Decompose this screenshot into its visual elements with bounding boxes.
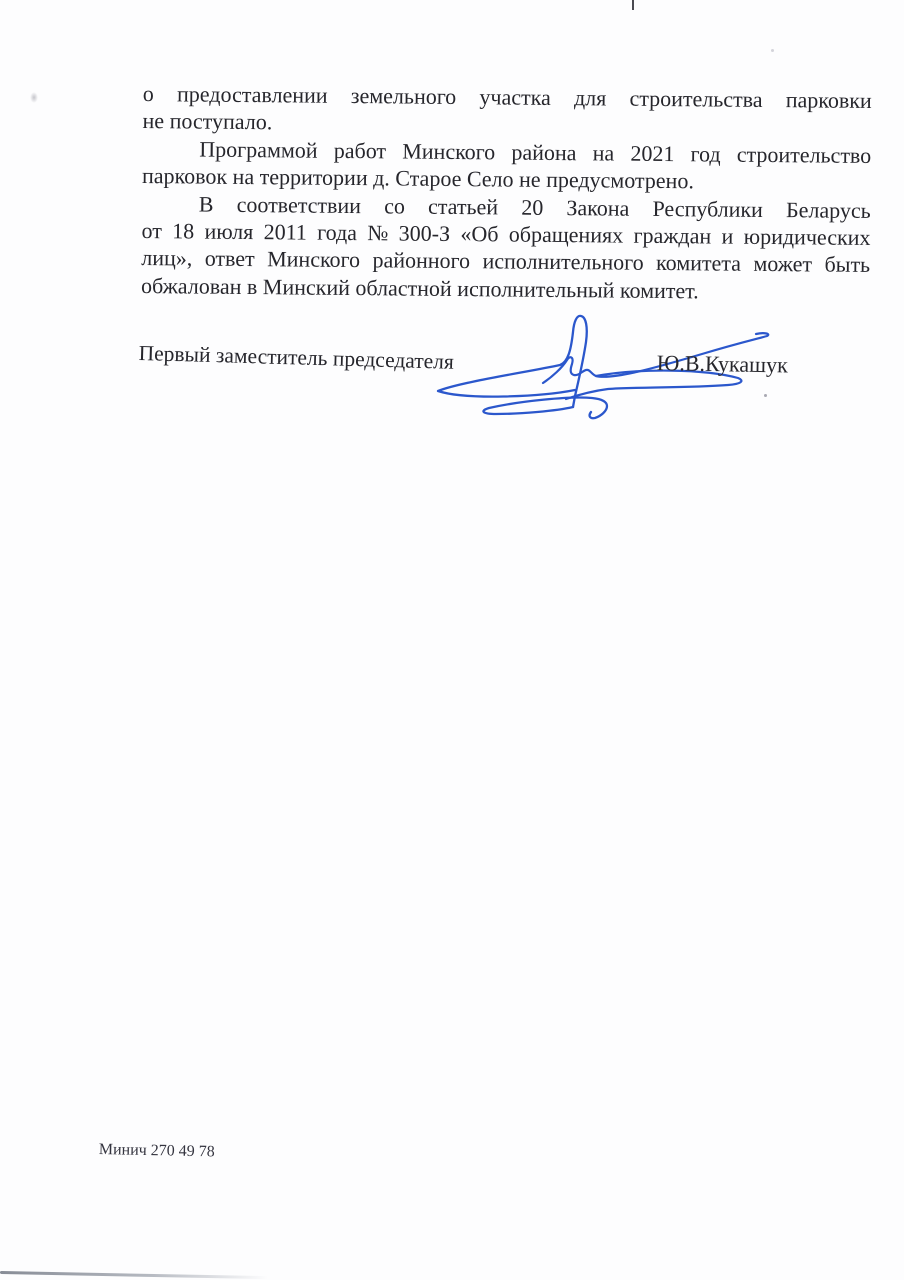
scan-artifact-bottom-line	[0, 1271, 268, 1279]
signature-name: Ю.В.Кукашук	[657, 350, 789, 379]
scanned-document-page: опредоставленииземельногоучасткадлястрои…	[0, 0, 904, 1280]
document-body: опредоставленииземельногоучасткадлястрои…	[141, 80, 872, 306]
signature-title: Первый заместитель председателя	[138, 341, 454, 375]
scan-artifact-left-smudge	[30, 92, 38, 103]
scan-artifact-speck	[771, 49, 774, 52]
scan-artifact-speck	[764, 394, 767, 397]
scan-artifact-top-tick	[632, 0, 634, 10]
footer-executor: Минич 270 49 78	[99, 1141, 215, 1161]
